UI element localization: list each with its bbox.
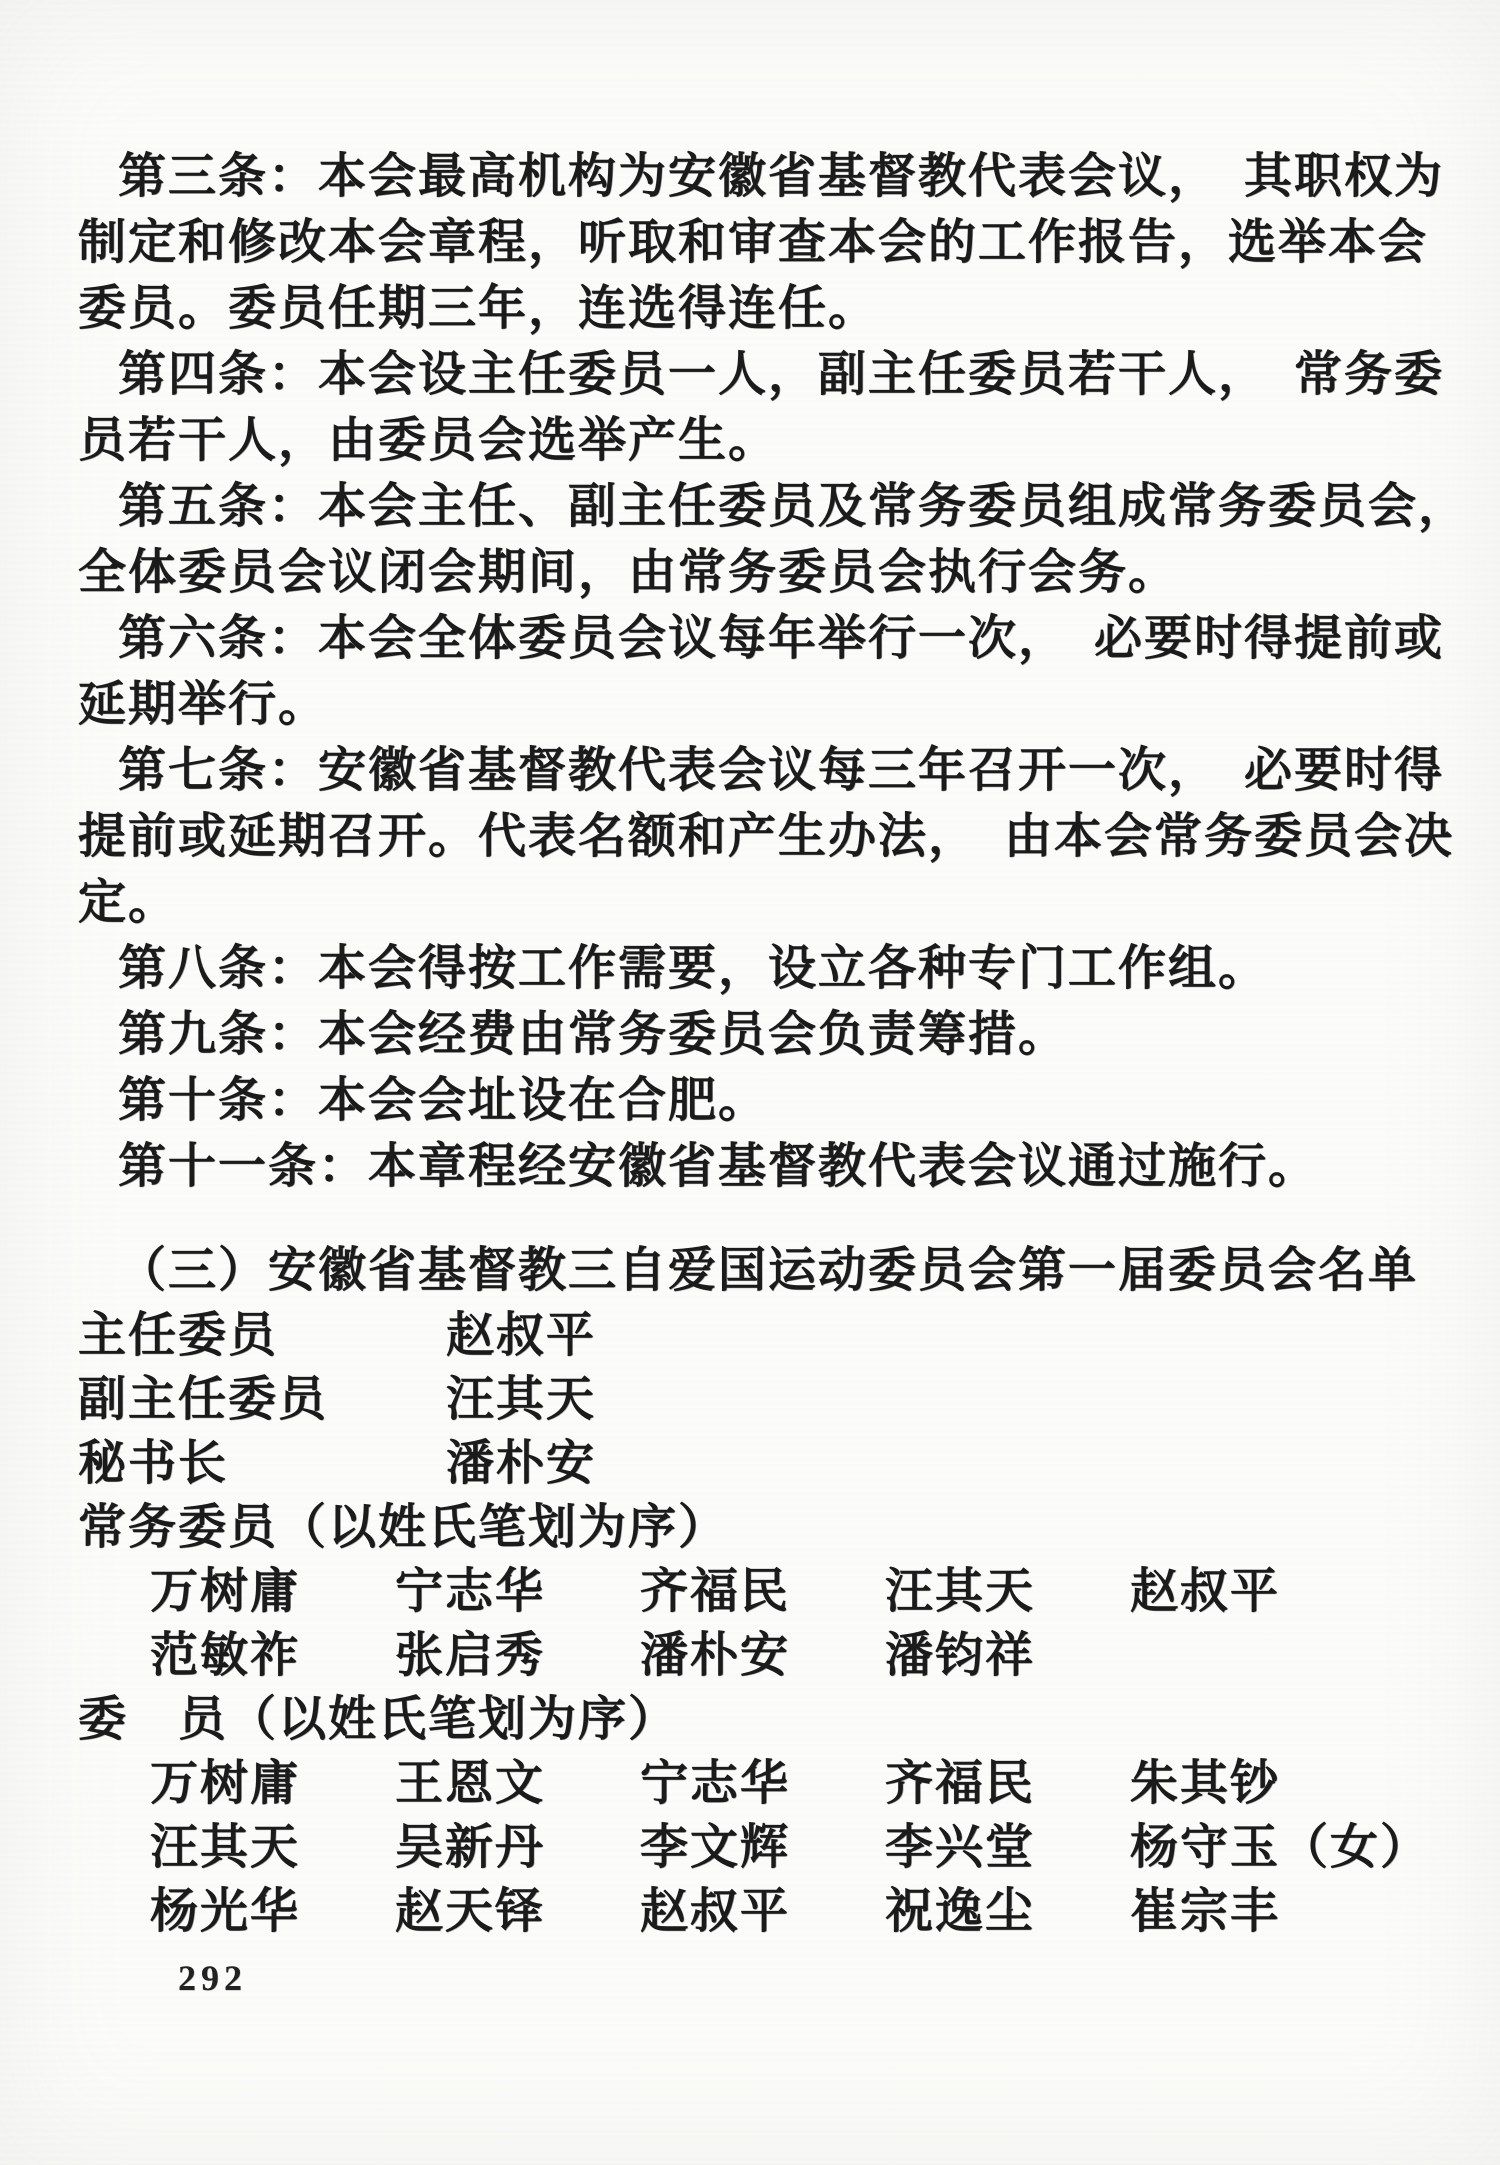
member-name: 潘钧祥 <box>885 1624 1035 1688</box>
article-line: 全体委员会议闭会期间，由常务委员会执行会务。 <box>78 540 1440 606</box>
article-line: 第九条：本会经费由常务委员会负责筹措。 <box>78 1002 1440 1068</box>
member-name: 杨守玉（女） <box>1130 1816 1430 1880</box>
scanned-document-page: 第三条：本会最高机构为安徽省基督教代表会议， 其职权为 制定和修改本会章程，听取… <box>0 0 1500 2165</box>
member-name: 吴新丹 <box>395 1816 640 1880</box>
article-line: 第四条：本会设主任委员一人，副主任委员若干人， 常务委 <box>78 342 1440 408</box>
officer-title: 秘书长 <box>78 1432 446 1496</box>
member-name: 李兴堂 <box>885 1816 1130 1880</box>
officer-name: 潘朴安 <box>446 1432 596 1496</box>
member-name: 汪其天 <box>150 1816 395 1880</box>
member-name: 潘朴安 <box>640 1624 885 1688</box>
member-name: 赵叔平 <box>1130 1560 1280 1624</box>
officer-row: 秘书长 潘朴安 <box>78 1432 1440 1496</box>
member-name: 崔宗丰 <box>1130 1880 1280 1944</box>
member-name: 王恩文 <box>395 1752 640 1816</box>
article-line: 第十条：本会会址设在合肥。 <box>78 1068 1440 1134</box>
member-name: 汪其天 <box>885 1560 1130 1624</box>
officer-row: 副主任委员 汪其天 <box>78 1368 1440 1432</box>
members-name-row: 杨光华 赵天铎 赵叔平 祝逸尘 崔宗丰 <box>78 1880 1440 1944</box>
member-name: 万树庸 <box>150 1560 395 1624</box>
member-name: 宁志华 <box>640 1752 885 1816</box>
article-line: 第五条：本会主任、副主任委员及常务委员组成常务委员会， <box>78 474 1440 540</box>
member-name: 宁志华 <box>395 1560 640 1624</box>
officer-row: 主任委员 赵叔平 <box>78 1304 1440 1368</box>
member-name: 杨光华 <box>150 1880 395 1944</box>
article-line: 第七条：安徽省基督教代表会议每三年召开一次， 必要时得 <box>78 738 1440 804</box>
member-name: 万树庸 <box>150 1752 395 1816</box>
article-line: 第六条：本会全体委员会议每年举行一次， 必要时得提前或 <box>78 606 1440 672</box>
article-line: 制定和修改本会章程，听取和审查本会的工作报告，选举本会 <box>78 210 1440 276</box>
article-line: 第八条：本会得按工作需要，设立各种专门工作组。 <box>78 936 1440 1002</box>
article-line: 第十一条：本章程经安徽省基督教代表会议通过施行。 <box>78 1134 1440 1200</box>
article-line: 员若干人，由委员会选举产生。 <box>78 408 1440 474</box>
article-line: 委员。委员任期三年，连选得连任。 <box>78 276 1440 342</box>
standing-committee-label: 常务委员（以姓氏笔划为序） <box>78 1496 1440 1560</box>
member-name: 范敏祚 <box>150 1624 395 1688</box>
article-line: 提前或延期召开。代表名额和产生办法， 由本会常务委员会决 <box>78 804 1440 870</box>
member-name: 张启秀 <box>395 1624 640 1688</box>
member-name: 李文辉 <box>640 1816 885 1880</box>
standing-committee-name-row: 范敏祚 张启秀 潘朴安 潘钧祥 <box>78 1624 1440 1688</box>
member-name: 赵叔平 <box>640 1880 885 1944</box>
member-name: 齐福民 <box>640 1560 885 1624</box>
members-name-row: 万树庸 王恩文 宁志华 齐福民 朱其钞 <box>78 1752 1440 1816</box>
officer-name: 汪其天 <box>446 1368 596 1432</box>
officer-title: 副主任委员 <box>78 1368 446 1432</box>
members-label: 委 员（以姓氏笔划为序） <box>78 1688 1440 1752</box>
member-name: 赵天铎 <box>395 1880 640 1944</box>
article-line: 定。 <box>78 870 1440 936</box>
roster-section-heading: （三）安徽省基督教三自爱国运动委员会第一届委员会名单 <box>78 1238 1440 1304</box>
members-name-row: 汪其天 吴新丹 李文辉 李兴堂 杨守玉（女） <box>78 1816 1440 1880</box>
article-line: 第三条：本会最高机构为安徽省基督教代表会议， 其职权为 <box>78 144 1440 210</box>
officer-name: 赵叔平 <box>446 1304 596 1368</box>
member-name: 祝逸尘 <box>885 1880 1130 1944</box>
officer-title: 主任委员 <box>78 1304 446 1368</box>
standing-committee-name-row: 万树庸 宁志华 齐福民 汪其天 赵叔平 <box>78 1560 1440 1624</box>
member-name: 朱其钞 <box>1130 1752 1280 1816</box>
page-number: 292 <box>178 1958 1440 1998</box>
article-line: 延期举行。 <box>78 672 1440 738</box>
member-name: 齐福民 <box>885 1752 1130 1816</box>
